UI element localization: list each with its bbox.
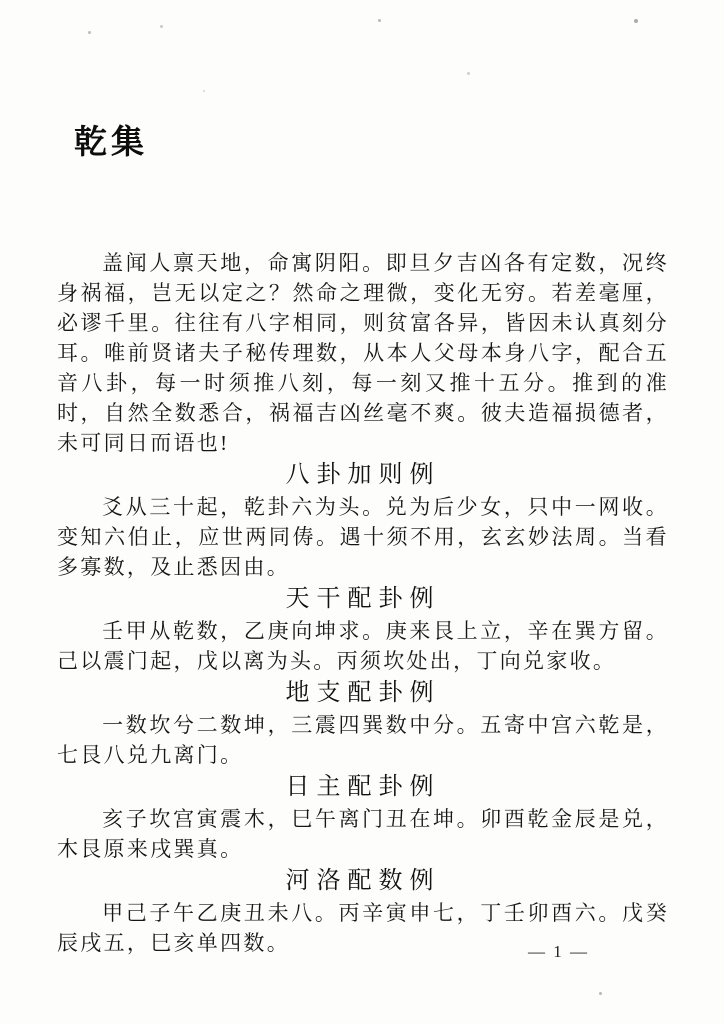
page-number: — 1 — xyxy=(528,942,589,962)
section-heading-heluo-peishu: 河洛配数例 xyxy=(57,864,669,898)
scan-speck xyxy=(467,72,470,75)
scan-speck xyxy=(599,992,602,995)
scanned-book-page: 乾集 盖闻人禀天地，命寓阴阳。即旦夕吉凶各有定数，况终身祸福，岂无以定之？然命之… xyxy=(0,0,724,1024)
scan-speck xyxy=(634,19,638,23)
section-paragraph-bagua-jiaze: 爻从三十起，乾卦六为头。兑为后少女，只中一网收。变知六伯止，应世两同俦。遇十须不… xyxy=(57,492,669,582)
section-heading-tiangan-peigua: 天干配卦例 xyxy=(57,582,669,616)
section-paragraph-tiangan-peigua: 壬甲从乾数，乙庚向坤求。庚来艮上立，辛在巽方留。己以震门起，戊以离为头。丙须坎处… xyxy=(57,616,669,676)
scan-speck xyxy=(203,90,205,92)
scan-speck xyxy=(88,31,91,34)
section-heading-bagua-jiaze: 八卦加则例 xyxy=(57,458,669,492)
intro-paragraph: 盖闻人禀天地，命寓阴阳。即旦夕吉凶各有定数，况终身祸福，岂无以定之？然命之理微，… xyxy=(57,248,669,458)
page-body: 盖闻人禀天地，命寓阴阳。即旦夕吉凶各有定数，况终身祸福，岂无以定之？然命之理微，… xyxy=(57,248,669,958)
scan-speck xyxy=(378,19,381,22)
section-heading-rizhu-peigua: 日主配卦例 xyxy=(57,770,669,804)
section-heading-dizhi-peigua: 地支配卦例 xyxy=(57,676,669,710)
section-paragraph-rizhu-peigua: 亥子坎宫寅震木，巳午离门丑在坤。卯酉乾金辰是兑，木艮原来戌巽真。 xyxy=(57,804,669,864)
volume-title: 乾集 xyxy=(74,116,148,163)
scan-speck xyxy=(160,25,163,28)
section-paragraph-dizhi-peigua: 一数坎兮二数坤，三震四巽数中分。五寄中宫六乾是，七艮八兑九离门。 xyxy=(57,710,669,770)
